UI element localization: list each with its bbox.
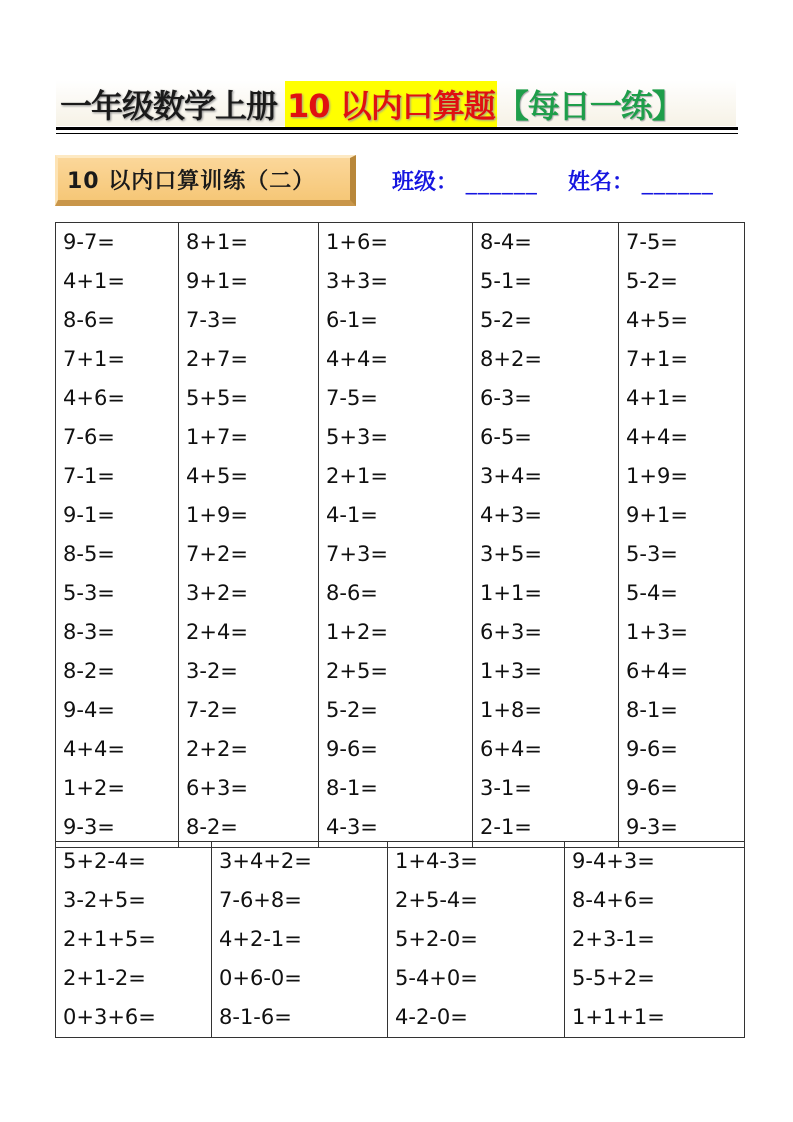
problem-item[interactable]: 1+4-3=	[395, 842, 564, 881]
problem-column: 1+6=3+3=6-1=4+4=7-5=5+3=2+1=4-1=7+3=8-6=…	[319, 223, 473, 848]
problem-item[interactable]: 3+5=	[480, 535, 618, 574]
top-table-row: 9-7=4+1=8-6=7+1=4+6=7-6=7-1=9-1=8-5=5-3=…	[56, 223, 745, 848]
problem-column: 8-4=5-1=5-2=8+2=6-3=6-5=3+4=4+3=3+5=1+1=…	[473, 223, 619, 848]
problem-item[interactable]: 5-4=	[626, 574, 744, 613]
problem-item[interactable]: 5-2=	[326, 691, 472, 730]
problem-item[interactable]: 7-1=	[63, 457, 178, 496]
problem-item[interactable]: 5+3=	[326, 418, 472, 457]
problem-item[interactable]: 1+1+1=	[572, 998, 744, 1037]
problem-item[interactable]: 7+1=	[63, 340, 178, 379]
problem-item[interactable]: 8-4+6=	[572, 881, 744, 920]
section-title: 10 以内口算训练（二）	[67, 164, 315, 195]
problem-item[interactable]: 8-2=	[63, 652, 178, 691]
name-label: 姓名：	[568, 170, 634, 195]
problem-item[interactable]: 4+1=	[63, 262, 178, 301]
problem-item[interactable]: 7+1=	[626, 340, 744, 379]
problem-column: 3+4+2=7-6+8=4+2-1=0+6-0=8-1-6=	[212, 842, 388, 1038]
page-title: 一年级数学上册 10 以内口算题 【每日一练】	[60, 82, 683, 126]
problem-item[interactable]: 6-1=	[326, 301, 472, 340]
problem-item[interactable]: 6+3=	[480, 613, 618, 652]
problem-item[interactable]: 8-5=	[63, 535, 178, 574]
problem-item[interactable]: 4+4=	[626, 418, 744, 457]
problem-item[interactable]: 5-2=	[480, 301, 618, 340]
problem-item[interactable]: 9-1=	[63, 496, 178, 535]
problem-item[interactable]: 2+5-4=	[395, 881, 564, 920]
problem-item[interactable]: 2+1=	[326, 457, 472, 496]
problem-item[interactable]: 8-4=	[480, 223, 618, 262]
problem-item[interactable]: 2+2=	[186, 730, 318, 769]
problem-item[interactable]: 5-4+0=	[395, 959, 564, 998]
problem-item[interactable]: 7+3=	[326, 535, 472, 574]
problem-item[interactable]: 5-3=	[626, 535, 744, 574]
problem-item[interactable]: 4+4=	[63, 730, 178, 769]
problem-item[interactable]: 8-1=	[626, 691, 744, 730]
single-step-problems-table: 9-7=4+1=8-6=7+1=4+6=7-6=7-1=9-1=8-5=5-3=…	[55, 222, 745, 848]
problem-item[interactable]: 1+7=	[186, 418, 318, 457]
problem-item[interactable]: 0+3+6=	[63, 998, 211, 1037]
problem-item[interactable]: 9-6=	[326, 730, 472, 769]
problem-item[interactable]: 9-6=	[626, 769, 744, 808]
problem-item[interactable]: 2+1+5=	[63, 920, 211, 959]
problem-item[interactable]: 5-1=	[480, 262, 618, 301]
class-blank[interactable]: ______	[466, 170, 538, 195]
problem-item[interactable]: 6-3=	[480, 379, 618, 418]
problem-item[interactable]: 1+2=	[63, 769, 178, 808]
problem-item[interactable]: 7-3=	[186, 301, 318, 340]
problem-item[interactable]: 5-3=	[63, 574, 178, 613]
problem-item[interactable]: 1+9=	[186, 496, 318, 535]
problem-item[interactable]: 2+1-2=	[63, 959, 211, 998]
problem-item[interactable]: 9+1=	[626, 496, 744, 535]
problem-column: 7-5=5-2=4+5=7+1=4+1=4+4=1+9=9+1=5-3=5-4=…	[619, 223, 745, 848]
problem-item[interactable]: 9-4+3=	[572, 842, 744, 881]
class-field[interactable]: 班级： ______	[392, 165, 538, 196]
problem-item[interactable]: 8-1=	[326, 769, 472, 808]
problem-item[interactable]: 3-2+5=	[63, 881, 211, 920]
problem-item[interactable]: 8+1=	[186, 223, 318, 262]
problem-column: 1+4-3=2+5-4=5+2-0=5-4+0=4-2-0=	[388, 842, 565, 1038]
problem-item[interactable]: 5+5=	[186, 379, 318, 418]
class-label: 班级：	[392, 170, 458, 195]
name-field[interactable]: 姓名： ______	[568, 165, 714, 196]
problem-item[interactable]: 7-5=	[326, 379, 472, 418]
problem-item[interactable]: 6+4=	[480, 730, 618, 769]
problem-column: 9-4+3=8-4+6=2+3-1=5-5+2=1+1+1=	[565, 842, 745, 1038]
problem-item[interactable]: 6-5=	[480, 418, 618, 457]
name-blank[interactable]: ______	[642, 170, 714, 195]
problem-item[interactable]: 6+4=	[626, 652, 744, 691]
title-grade: 一年级数学上册	[60, 81, 277, 127]
problem-item[interactable]: 7-6+8=	[219, 881, 387, 920]
problem-item[interactable]: 3+2=	[186, 574, 318, 613]
problem-item[interactable]: 5-5+2=	[572, 959, 744, 998]
problem-item[interactable]: 9-7=	[63, 223, 178, 262]
problem-item[interactable]: 2+5=	[326, 652, 472, 691]
problem-column: 9-7=4+1=8-6=7+1=4+6=7-6=7-1=9-1=8-5=5-3=…	[56, 223, 179, 848]
problem-item[interactable]: 3+4+2=	[219, 842, 387, 881]
problem-item[interactable]: 8+2=	[480, 340, 618, 379]
problem-item[interactable]: 9+1=	[186, 262, 318, 301]
problem-item[interactable]: 5+2-0=	[395, 920, 564, 959]
multi-step-problems-table: 5+2-4=3-2+5=2+1+5=2+1-2=0+3+6=3+4+2=7-6+…	[55, 841, 745, 1038]
problem-item[interactable]: 1+3=	[626, 613, 744, 652]
problem-item[interactable]: 4+3=	[480, 496, 618, 535]
problem-item[interactable]: 1+8=	[480, 691, 618, 730]
bottom-table-row: 5+2-4=3-2+5=2+1+5=2+1-2=0+3+6=3+4+2=7-6+…	[56, 842, 745, 1038]
problem-item[interactable]: 1+3=	[480, 652, 618, 691]
problem-item[interactable]: 4+5=	[186, 457, 318, 496]
problem-item[interactable]: 1+1=	[480, 574, 618, 613]
problem-item[interactable]: 4-2-0=	[395, 998, 564, 1037]
problem-item[interactable]: 4+1=	[626, 379, 744, 418]
problem-item[interactable]: 4+2-1=	[219, 920, 387, 959]
problem-item[interactable]: 4+5=	[626, 301, 744, 340]
problem-item[interactable]: 8-6=	[326, 574, 472, 613]
problem-item[interactable]: 3-2=	[186, 652, 318, 691]
problem-item[interactable]: 6+3=	[186, 769, 318, 808]
problem-item[interactable]: 8-1-6=	[219, 998, 387, 1037]
problem-item[interactable]: 9-6=	[626, 730, 744, 769]
problem-item[interactable]: 7-2=	[186, 691, 318, 730]
problem-item[interactable]: 0+6-0=	[219, 959, 387, 998]
problem-item[interactable]: 4+6=	[63, 379, 178, 418]
problem-item[interactable]: 3+3=	[326, 262, 472, 301]
problem-item[interactable]: 1+6=	[326, 223, 472, 262]
problem-item[interactable]: 5+2-4=	[63, 842, 211, 881]
problem-item[interactable]: 1+9=	[626, 457, 744, 496]
problem-item[interactable]: 7+2=	[186, 535, 318, 574]
title-topic: 10 以内口算题	[285, 81, 497, 127]
header-rule-thick	[56, 127, 738, 130]
problem-column: 5+2-4=3-2+5=2+1+5=2+1-2=0+3+6=	[56, 842, 212, 1038]
problem-item[interactable]: 1+2=	[326, 613, 472, 652]
section-title-badge: 10 以内口算训练（二）	[55, 155, 356, 206]
problem-item[interactable]: 7-5=	[626, 223, 744, 262]
problem-item[interactable]: 3+4=	[480, 457, 618, 496]
problem-item[interactable]: 4-1=	[326, 496, 472, 535]
problem-item[interactable]: 9-4=	[63, 691, 178, 730]
problem-item[interactable]: 2+3-1=	[572, 920, 744, 959]
problem-item[interactable]: 4+4=	[326, 340, 472, 379]
problem-item[interactable]: 8-3=	[63, 613, 178, 652]
problem-item[interactable]: 3-1=	[480, 769, 618, 808]
header-rule-thin	[56, 133, 738, 134]
problem-item[interactable]: 8-6=	[63, 301, 178, 340]
problem-column: 8+1=9+1=7-3=2+7=5+5=1+7=4+5=1+9=7+2=3+2=…	[179, 223, 319, 848]
page-header: 一年级数学上册 10 以内口算题 【每日一练】	[56, 80, 736, 130]
problem-item[interactable]: 2+4=	[186, 613, 318, 652]
problem-item[interactable]: 7-6=	[63, 418, 178, 457]
problem-item[interactable]: 2+7=	[186, 340, 318, 379]
title-daily: 【每日一练】	[497, 81, 683, 127]
problem-item[interactable]: 5-2=	[626, 262, 744, 301]
